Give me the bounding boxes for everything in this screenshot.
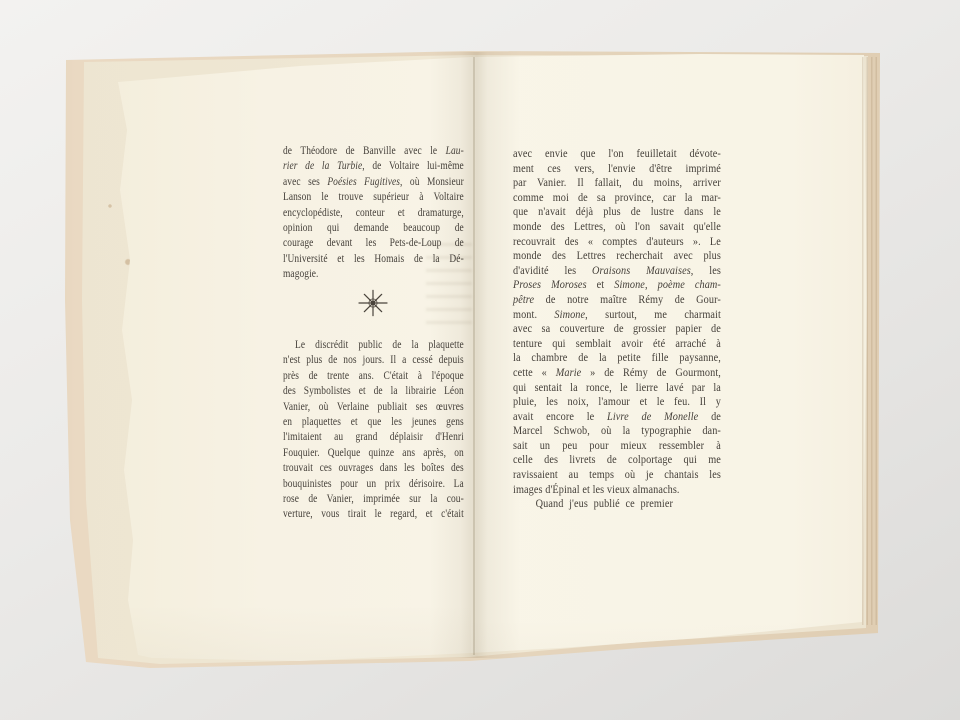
text-line: images d'Épinal et les vieux almanachs. — [513, 482, 721, 497]
left-page-paragraph-2: Le discrédit public de la plaquetten'est… — [283, 337, 464, 522]
text-line: mont. Simone, surtout, me charmait — [513, 307, 721, 322]
text-line: Vanier, où Verlaine publiait ses œuvres — [283, 399, 464, 414]
text-line: cette « Marie » de Rémy de Gourmont, — [513, 365, 721, 380]
text-line: sait un peu pour mieux ressembler à — [513, 438, 721, 453]
text-line: l'imitaient au grand déplaisir d'Henri — [283, 429, 464, 444]
text-line: la chambre de la petite fille paysanne, — [513, 350, 721, 365]
text-line: Lanson le trouve supérieur à Voltaire — [283, 189, 464, 204]
text-line: monde des Lettres, où l'on savait qu'ell… — [513, 219, 721, 234]
text-line: bouquinistes pour un prix dérisoire. La — [283, 476, 464, 491]
right-page-paragraph-1: avec envie que l'on feuilletait dévote-m… — [513, 146, 721, 496]
right-page-text: avec envie que l'on feuilletait dévote-m… — [513, 146, 721, 511]
left-page-paragraph-1: de Théodore de Banville avec le Lau-rier… — [283, 143, 464, 282]
text-line: pluie, les noix, l'amour et le feu. Il y — [513, 394, 721, 409]
text-line: verture, vous tirait le regard, et c'éta… — [283, 506, 464, 521]
gutter-crease — [473, 57, 475, 655]
text-line: encyclopédiste, conteur et dramaturge, — [283, 205, 464, 220]
text-line: en plaquettes et que les jeunes gens — [283, 414, 464, 429]
text-line: avec envie que l'on feuilletait dévote- — [513, 146, 721, 161]
text-line: l'Université et les Homais de la Dé- — [283, 251, 464, 266]
text-line: Le discrédit public de la plaquette — [283, 337, 464, 352]
text-line: rier de la Turbie, de Voltaire lui-même — [283, 158, 464, 173]
text-line: ment ces vers, l'envie d'être imprimé — [513, 161, 721, 176]
text-line: des Symbolistes et de la librairie Léon — [283, 383, 464, 398]
page-stack-edge — [862, 57, 877, 625]
text-line: avec ses Poésies Fugitives, où Monsieur — [283, 174, 464, 189]
right-page-paragraph-2: Quand j'eus publié ce premier — [513, 496, 721, 511]
text-line: comme moi de sa province, car la mar- — [513, 190, 721, 205]
text-line: près de trente ans. C'était à l'époque — [283, 368, 464, 383]
text-line: qui sentait la ronce, le lierre lavé par… — [513, 380, 721, 395]
text-line: courage devant les Pets-de-Loup de — [283, 235, 464, 250]
text-line: recouvrait des « comptes d'auteurs ». Le — [513, 234, 721, 249]
text-line: d'avidité les Oraisons Mauvaises, les — [513, 263, 721, 278]
text-line: ravissaient au temps où je chantais les — [513, 467, 721, 482]
text-line: que n'avait déjà plus de lustre dans le — [513, 204, 721, 219]
star-ornament-icon — [357, 287, 389, 319]
text-line: Fouquier. Quelque quinze ans après, on — [283, 445, 464, 460]
text-line: pêtre de notre maître Rémy de Gour- — [513, 292, 721, 307]
text-line: n'est plus de nos jours. Il a cessé depu… — [283, 352, 464, 367]
text-line: Quand j'eus publié ce premier — [513, 496, 721, 511]
text-line: avec sa couverture de grossier papier de — [513, 321, 721, 336]
text-line: celle des livrets de colportage qui me — [513, 452, 721, 467]
text-line: de Théodore de Banville avec le Lau- — [283, 143, 464, 158]
text-line: Marcel Schwob, où la typographie dan- — [513, 423, 721, 438]
text-line: trouvait ces ouvrages dans les boîtes de… — [283, 460, 464, 475]
photo-background: de Théodore de Banville avec le Lau-rier… — [0, 0, 960, 720]
text-line: monde des Lettres recherchait avec plus — [513, 248, 721, 263]
text-line: magogie. — [283, 266, 464, 281]
text-line: rose de Vanier, imprimée sur la cou- — [283, 491, 464, 506]
text-line: opinion qui demande beaucoup de — [283, 220, 464, 235]
text-line: tenture qui semblait avoir été arraché à — [513, 336, 721, 351]
text-line: Proses Moroses et Simone, poème cham- — [513, 277, 721, 292]
text-line: par Vanier. Il fallait, du moins, arrive… — [513, 175, 721, 190]
text-line: avait encore le Livre de Monelle de — [513, 409, 721, 424]
